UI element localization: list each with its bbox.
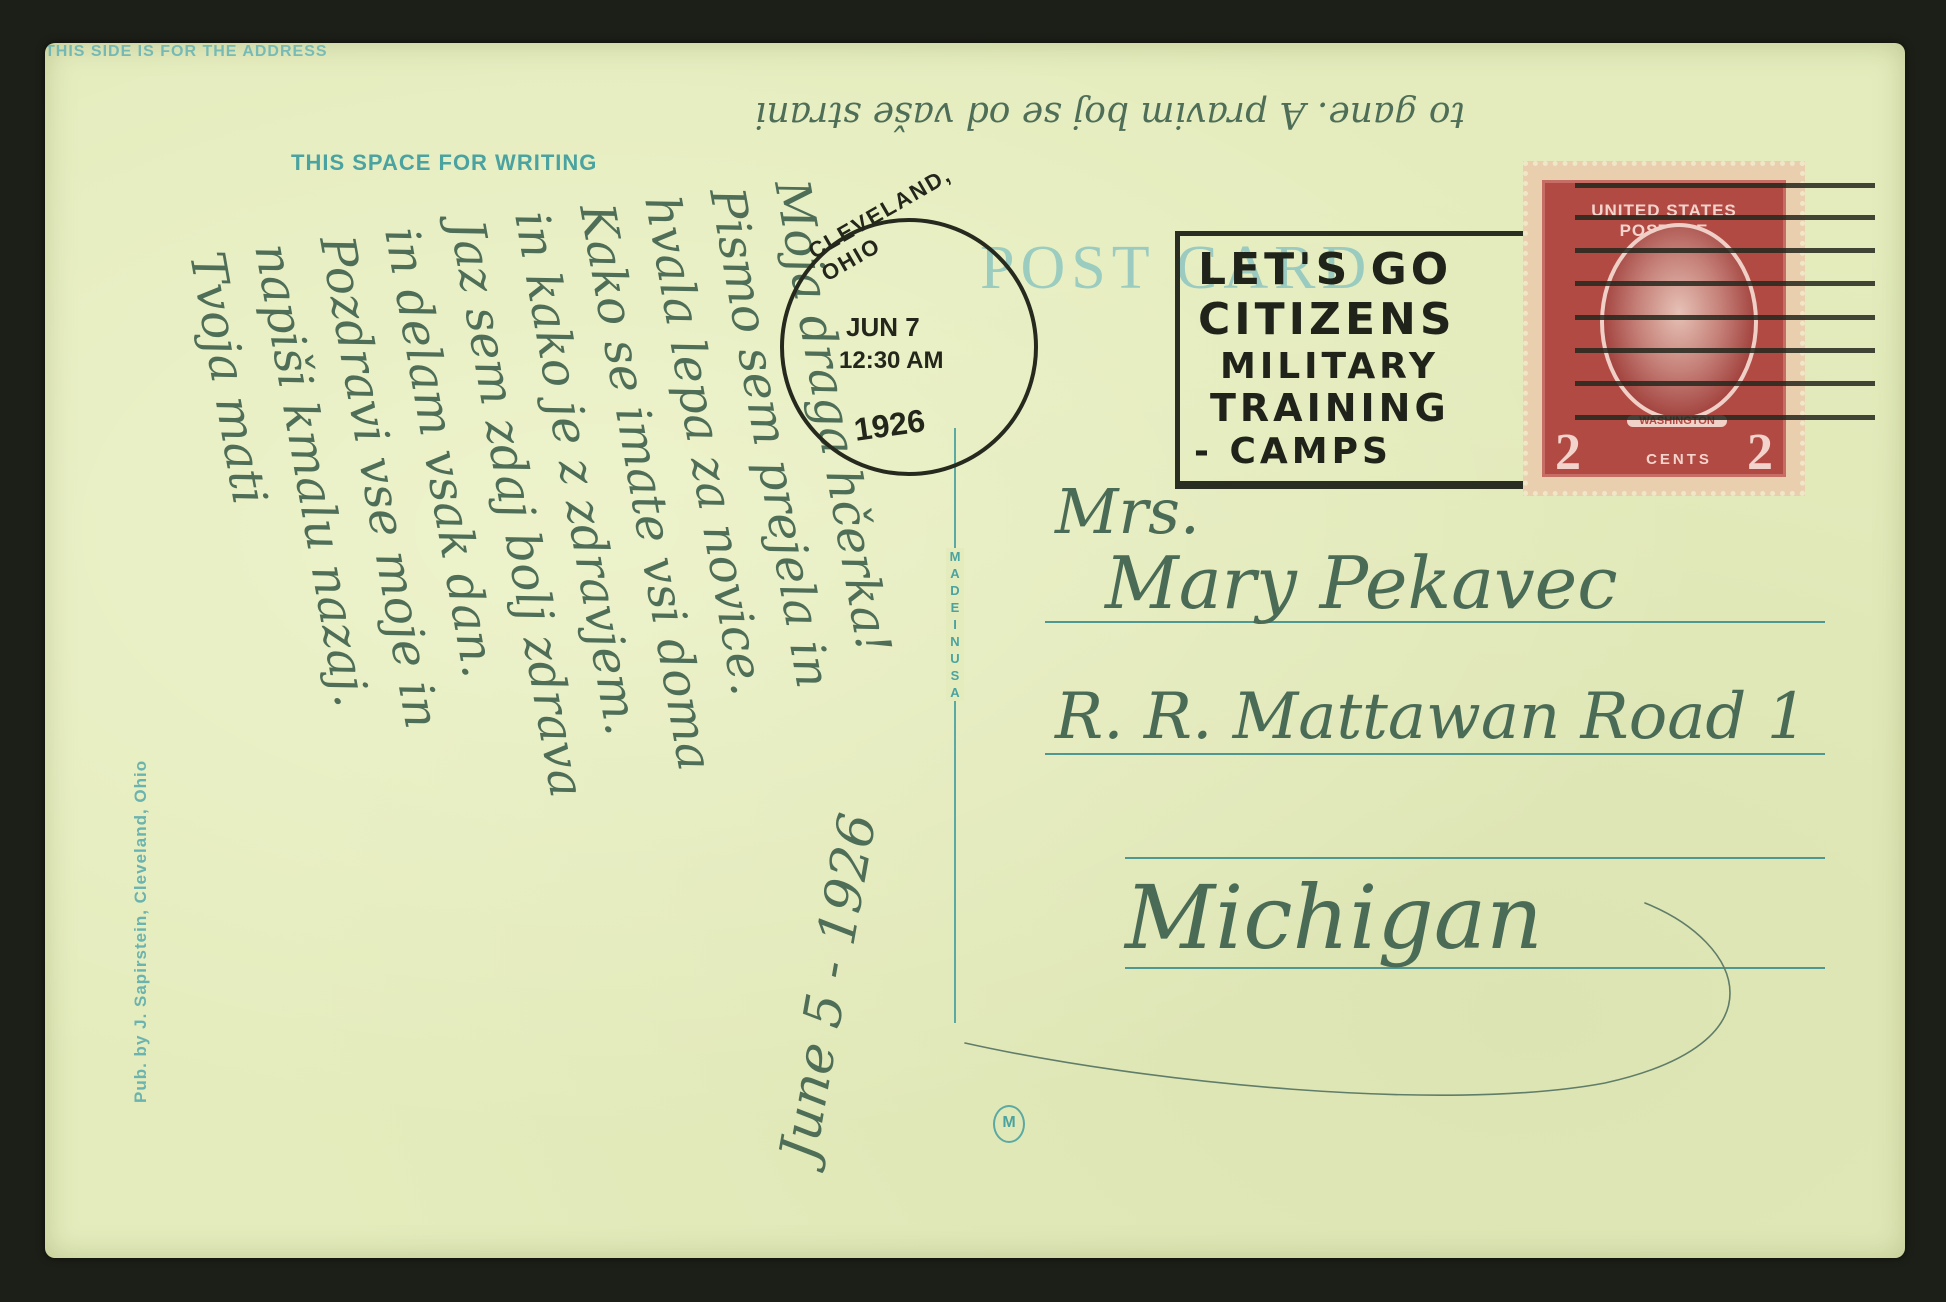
address-street: R. R. Mattawan Road 1 [1054, 680, 1807, 754]
slogan-line: CITIZENS [1198, 294, 1456, 345]
stamp-value-right: 2 [1747, 423, 1773, 482]
stamp-frame: UNITED STATES POSTAGE WASHINGTON 2 2 CEN… [1542, 180, 1786, 477]
cancel-bar [1575, 315, 1875, 320]
cancel-bar [1575, 348, 1875, 353]
slogan-line: TRAINING [1210, 386, 1450, 430]
postmark-time: 12:30 AM [839, 347, 943, 375]
slogan-line: - CAMPS [1194, 431, 1392, 472]
message-date-text: June 5 - 1926 [767, 809, 889, 1174]
cancel-bar [1575, 381, 1875, 386]
postmark-circle: CLEVELAND, OHIO JUN 7 12:30 AM 1926 [780, 218, 1038, 476]
stamp-denomination: CENTS [1629, 451, 1729, 468]
stamp-value-left: 2 [1555, 423, 1581, 482]
address-name: Mary Pekavec [1103, 541, 1618, 625]
cancel-bar [1575, 183, 1875, 188]
cancel-bar [1575, 281, 1875, 286]
margin-note-text: to gane. A pravim boj se od vaše strani [755, 94, 1465, 135]
slogan-line: LET'S GO [1198, 244, 1452, 295]
address-state: Michigan [1123, 866, 1543, 969]
slogan-line: MILITARY [1220, 346, 1439, 387]
margin-note: to gane. A pravim boj se od vaše strani [755, 94, 1465, 135]
message-date: June 5 - 1926 [767, 809, 889, 1174]
cancel-bar [1575, 415, 1875, 420]
postmark-year: 1926 [852, 402, 928, 449]
cancel-bar [1575, 215, 1875, 220]
message-body: Moja draga hčerka!Pismo sem prejela inhv… [178, 174, 901, 801]
cancel-bar [1575, 248, 1875, 253]
postcard-back: THIS SPACE FOR WRITING POST CARD THIS SI… [45, 43, 1905, 1258]
postage-stamp: UNITED STATES POSTAGE WASHINGTON 2 2 CEN… [1523, 161, 1805, 496]
postmark-date: JUN 7 [846, 312, 920, 343]
